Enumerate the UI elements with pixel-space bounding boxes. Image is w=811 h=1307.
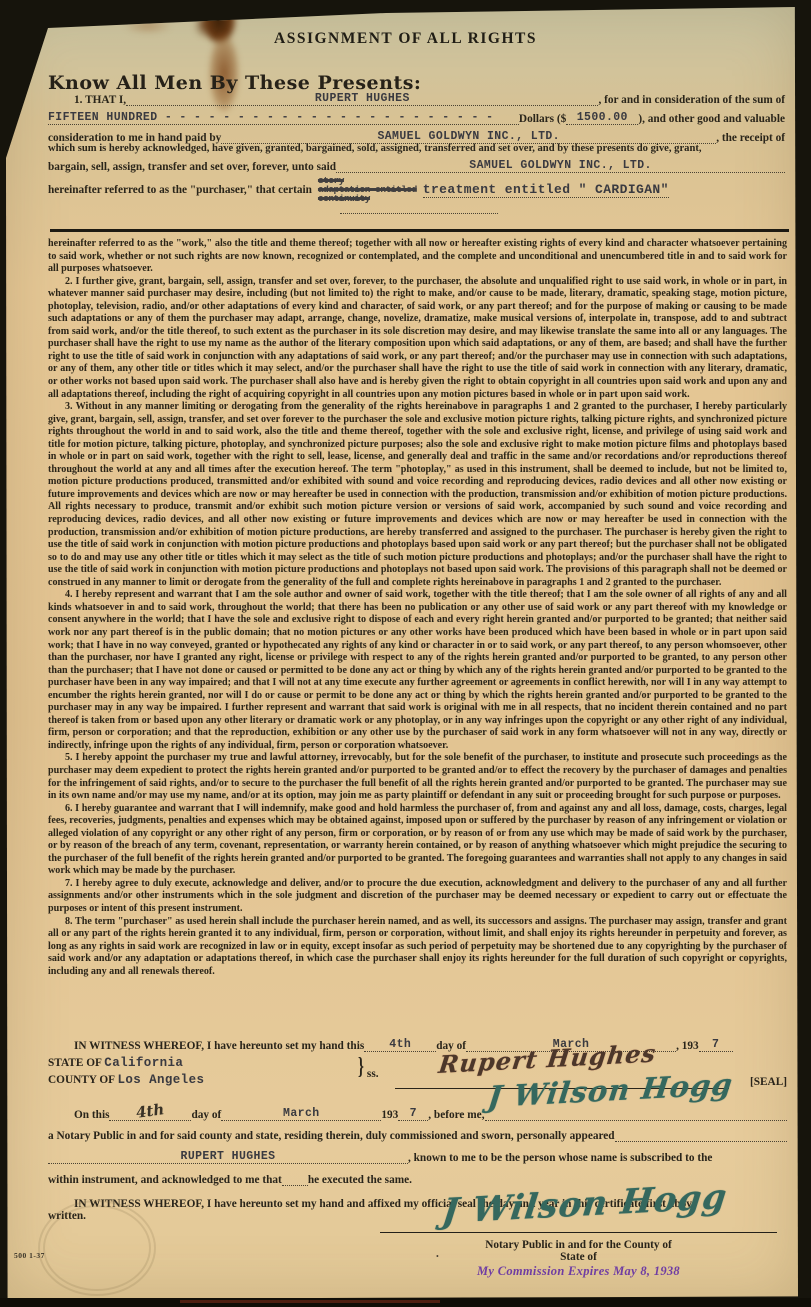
print-speck: • [436,1252,439,1261]
struck-options: story adaptation entitled continuity [318,176,417,203]
unto-said-label: bargain, sell, assign, transfer and set … [48,161,336,173]
embossed-notary-seal [38,1200,156,1296]
amount-numeric-typed: 1500.00 [577,111,628,124]
notary-dayof-label: day of [191,1109,221,1121]
on-this-label: On this [48,1109,109,1121]
document-title: ASSIGNMENT OF ALL RIGHTS [0,30,811,48]
purchaser-label: hereinafter referred to as the "purchase… [48,184,312,196]
county-typed: Los Angeles [117,1073,204,1087]
commission-stamp: My Commission Expires May 8, 1938 [477,1264,680,1278]
salutation-heading: Know All Men By These Presents: [48,72,421,94]
assignee-blank: SAMUEL GOLDWYN INC., LTD. [336,159,785,173]
state-label: STATE OF [48,1057,101,1069]
appeared-blank-1 [615,1141,787,1142]
brace-glyph: } [358,1055,364,1082]
form-line-that-i: 1. THAT I, RUPERT HUGHES , for and in co… [48,92,785,106]
within-instrument-text: within instrument, and acknowledged to m… [48,1174,282,1186]
assignor-name-typed: RUPERT HUGHES [315,92,410,105]
witness-year-prefix: , 193 [676,1040,699,1052]
dollars-label: Dollars ($ [519,113,566,125]
legal-paragraph: 8. The term "purchaser" as used herein s… [48,916,787,979]
notary-name-blank [485,1120,787,1121]
consideration-label: , for and in consideration of the sum of [598,94,785,106]
appeared-name-typed: RUPERT HUGHES [181,1150,276,1163]
executed-same-text: he executed the same. [308,1174,412,1186]
witness-day-blank: 4th [364,1038,436,1052]
after-amount-label: ), and other good and valuable [638,113,785,125]
form-line-acknowledged: which sum is hereby acknowledged, have g… [48,143,785,154]
notary-year-typed: 7 [410,1107,417,1120]
before-me-label: , before me, [428,1109,484,1121]
witness-day-typed: 4th [389,1038,411,1051]
struck-option-continuity: continuity [318,194,417,203]
legal-paragraph: 4. I hereby represent and warrant that I… [48,589,787,752]
legal-paragraph: 3. Without in any manner limiting or der… [48,401,787,589]
he-blank [282,1185,308,1186]
section-divider-rule [50,229,789,232]
empty-blank-line [340,212,498,214]
state-typed: California [104,1056,183,1070]
notary-title-line1: Notary Public in and for the County of [380,1239,777,1251]
that-i-label: 1. THAT I, [48,94,126,106]
county-label: COUNTY OF [48,1074,115,1086]
legal-paragraph: 2. I further give, grant, bargain, sell,… [48,276,787,401]
appeared-name-blank: RUPERT HUGHES [48,1150,408,1164]
witness-year-typed: 7 [712,1038,719,1051]
notary-commission-text: a Notary Public in and for said county a… [48,1130,615,1142]
assignor-name-blank: RUPERT HUGHES [126,92,598,106]
legal-paragraph: 6. I hereby guarantee and warrant that I… [48,803,787,878]
form-line-unto-said: bargain, sell, assign, transfer and set … [48,159,785,173]
assignee-typed: SAMUEL GOLDWYN INC., LTD. [469,159,652,172]
notary-year-prefix: 193 [381,1109,398,1121]
notary-title-line2: State of [380,1251,777,1263]
notary-signature-line [380,1232,777,1233]
legal-paragraph: hereinafter referred to as the "work," a… [48,238,787,276]
notary-year-blank: 7 [398,1107,428,1121]
legal-paragraph: 5. I hereby appoint the purchaser my tru… [48,752,787,802]
known-to-me-text: , known to me to be the person whose nam… [408,1152,712,1164]
amount-numeric-blank: 1500.00 [566,111,638,125]
witness-year-blank: 7 [699,1038,733,1052]
payer-blank: SAMUEL GOLDWYN INC., LTD. [221,130,716,144]
form-line-paid-by: consideration to me in hand paid by SAMU… [48,130,785,144]
notary-month-typed: March [283,1107,320,1120]
work-type-typed: treatment entitled " CARDIGAN" [423,182,669,198]
payer-typed: SAMUEL GOLDWYN INC., LTD. [377,130,560,143]
legal-paragraph: 7. I hereby agree to duly execute, ackno… [48,878,787,916]
notary-month-blank: March [221,1107,381,1121]
form-code: 500 1-37 [14,1251,45,1260]
photo-bottom-edge [0,1298,811,1307]
amount-words-blank: FIFTEEN HUNDRED - - - - - - - - - - - - … [48,111,519,125]
witness-pre-text: IN WITNESS WHEREOF, I have hereunto set … [48,1040,364,1052]
notary-signoff-block: J Wilson Hogg Notary Public in and for t… [380,1196,777,1279]
form-line-work-type: hereinafter referred to as the "purchase… [48,176,785,203]
amount-words-typed: FIFTEEN HUNDRED - - - - - - - - - - - - … [48,111,493,124]
witness-clause: IN WITNESS WHEREOF, I have hereunto set … [48,1038,787,1052]
ss-label: ss. [367,1068,379,1080]
body-paragraphs: hereinafter referred to as the "work," a… [48,238,787,1034]
state-county-column: STATE OF California COUNTY OF Los Angele… [48,1056,358,1087]
seal-label: [SEAL] [750,1076,787,1088]
notary-day-handwritten: 4th [135,1102,166,1121]
form-line-amount: FIFTEEN HUNDRED - - - - - - - - - - - - … [48,111,785,125]
notary-day-blank: 4th [109,1102,191,1121]
document-content: ASSIGNMENT OF ALL RIGHTS Know All Men By… [0,0,811,1307]
acknowledged-text: which sum is hereby acknowledged, have g… [48,143,702,154]
bottom-red-line [180,1300,440,1303]
